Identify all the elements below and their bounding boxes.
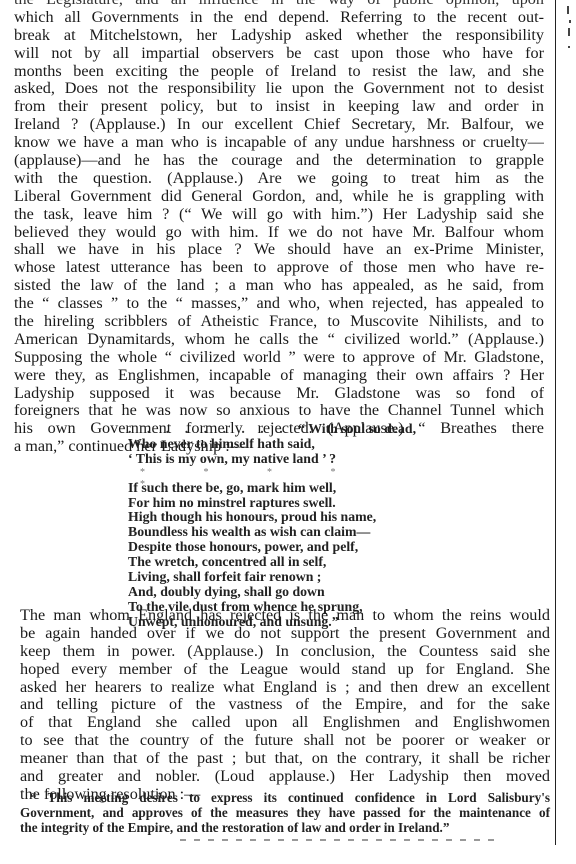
resolution-line: Government, and approves of the measures…: [20, 805, 550, 820]
text-line: whose latest utterance has been to appro…: [14, 259, 544, 277]
text-line: Ireland ? (Applause.) In our excellent C…: [14, 116, 544, 134]
text-line: from their present policy, but to insist…: [14, 98, 544, 116]
text-line: and telling picture of the vastness of t…: [20, 696, 550, 714]
text-line: Supposing the whole “ civilized world ” …: [14, 349, 544, 367]
stanza-separator: * * * * *: [128, 467, 408, 481]
text-line: The man whom England has rejected is the…: [20, 607, 550, 625]
resolution-line: “ This meeting desires to express its co…: [20, 790, 550, 805]
text-line: asked, Does not the responsibility lie u…: [14, 80, 544, 98]
text-line: will not by all impartial observers be c…: [14, 45, 544, 63]
text-line: (applause)—and he has the courage and th…: [14, 152, 544, 170]
resolution-quote: “ This meeting desires to express its co…: [20, 790, 550, 835]
text-line: were they, as Englishmen, incapable of m…: [14, 367, 544, 385]
text-line: and greater and nobler. (Loud applause.)…: [20, 768, 550, 786]
verse-line: The wretch, concentred all in self,: [128, 555, 408, 570]
text-line: asked her hearers to realize what Englan…: [20, 679, 550, 697]
text-line: meaner than that of the past ; but that,…: [20, 750, 550, 768]
paragraph-speech-part2: The man whom England has rejected is the…: [20, 607, 550, 804]
text-line: of that England she called upon all Engl…: [20, 714, 550, 732]
text-line: which all Governments in the end depend.…: [14, 9, 544, 27]
text-line: months been exciting the people of Irela…: [14, 63, 544, 81]
text-line: foreigners that he was now so anxious to…: [14, 402, 544, 420]
text-line: believed they would go with him. If we d…: [14, 224, 544, 242]
verse-line: High though his honours, proud his name,: [128, 510, 408, 525]
text-line: the hireling scribblers of Atheistic Fra…: [14, 313, 544, 331]
text-line: shall we have in his place ? We should h…: [14, 241, 544, 259]
verse-line: “ With soul so dead,: [298, 421, 416, 436]
text-line: with the question. (Applause.) Are we go…: [14, 170, 544, 188]
text-line: sisted the law of the land ; a man who h…: [14, 277, 544, 295]
text-line: know we have a man who is incapable of a…: [14, 134, 544, 152]
verse-line: Boundless his wealth as wish can claim—: [128, 525, 408, 540]
verse-line: Despite those honours, power, and pelf,: [128, 540, 408, 555]
verse-opening-line: . . . . . . . . . “ With soul so dead,: [128, 422, 408, 437]
verse-line: And, doubly dying, shall go down: [128, 585, 408, 600]
verse-line: If such there be, go, mark him well,: [128, 481, 408, 496]
text-line: the task, leave him ? (“ We will go with…: [14, 206, 544, 224]
verse-line: Who never to himself hath said,: [128, 437, 408, 452]
cut-off-next-line: [180, 838, 500, 842]
adjacent-column-fragment: [563, 0, 576, 60]
text-line: Ladyship supposed it was because Mr. Gla…: [14, 385, 544, 403]
text-line: keep them in power. (Applause.) In concl…: [20, 643, 550, 661]
text-line: be again handed over if we do not suppor…: [20, 625, 550, 643]
resolution-line: the integrity of the Empire, and the res…: [20, 820, 550, 835]
verse-line: ‘ This is my own, my native land ’ ?: [128, 452, 408, 467]
paragraph-speech-part1: the Legislature, and an influence in the…: [14, 0, 544, 456]
text-line: Liberal Government did General Gordon, a…: [14, 188, 544, 206]
ellipsis-dots: . . . . . . . . .: [128, 421, 289, 436]
verse-line: For him no minstrel raptures swell.: [128, 496, 408, 511]
text-line: hoped every member of the League would s…: [20, 661, 550, 679]
verse-line: Living, shall forfeit fair renown ;: [128, 570, 408, 585]
text-line: break at Mitchelstown, her Ladyship aske…: [14, 27, 544, 45]
column-rule: [555, 0, 556, 845]
text-line: American Dynamitards, whom he calls the …: [14, 331, 544, 349]
text-line: the Legislature, and an influence in the…: [14, 0, 544, 9]
text-line: the “ classes ” to the “ masses,” and wh…: [14, 295, 544, 313]
text-line: to see that the country of the future sh…: [20, 732, 550, 750]
quoted-verse: . . . . . . . . . “ With soul so dead, W…: [128, 422, 408, 630]
newspaper-page: the Legislature, and an influence in the…: [0, 0, 576, 864]
